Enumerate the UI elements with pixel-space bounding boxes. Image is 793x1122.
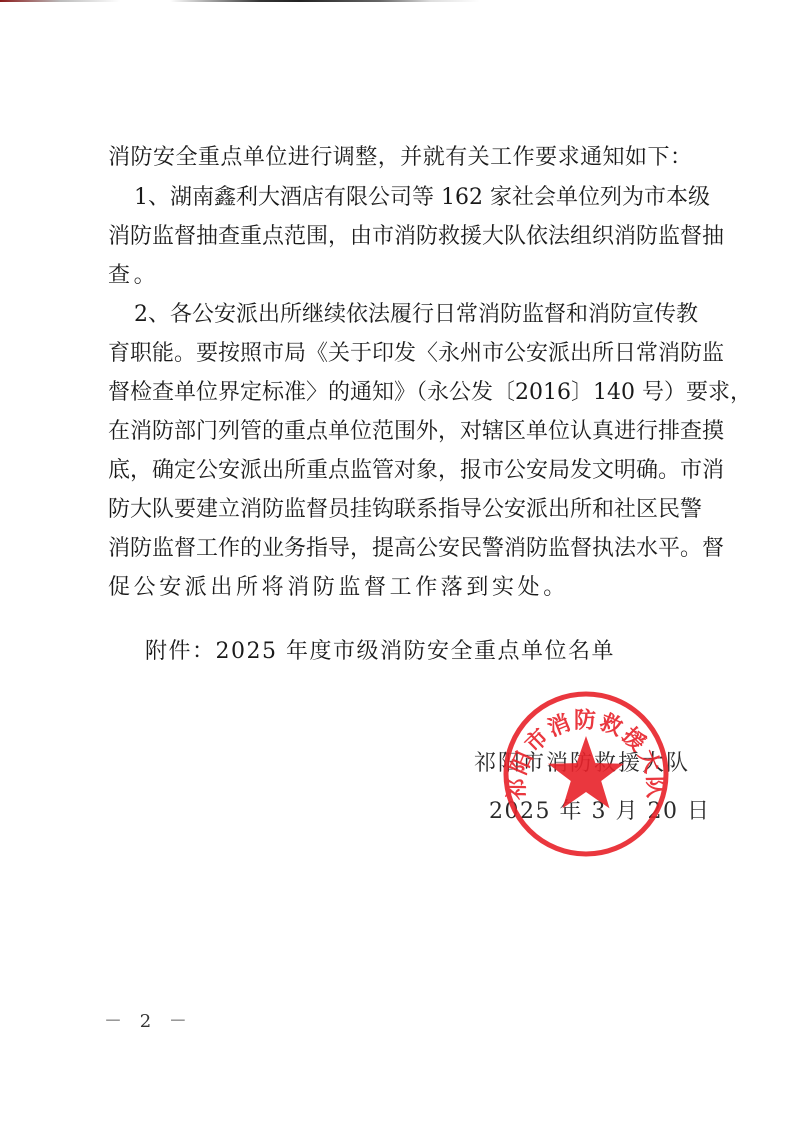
body-line: 督检查单位界定标准〉的通知》（永公发〔2016〕140 号）要求， [108, 377, 692, 409]
attachment-note: 附件：2025 年度市级消防安全重点单位名单 [145, 636, 615, 668]
body-line: 2、各公安派出所继续依法履行日常消防监督和消防宣传教 [134, 299, 692, 331]
document-page: 消防安全重点单位进行调整，并就有关工作要求通知如下： 1、湖南鑫利大酒店有限公司… [0, 0, 793, 1122]
page-number: － 2 － [104, 1010, 193, 1034]
body-line: 查。 [108, 260, 692, 292]
body-line: 促公安派出所将消防监督工作落到实处。 [108, 572, 692, 604]
body-line: 消防安全重点单位进行调整，并就有关工作要求通知如下： [108, 142, 692, 174]
body-line: 防大队要建立消防监督员挂钩联系指导公安派出所和社区民警 [108, 494, 692, 526]
body-line: 底，确定公安派出所重点监管对象，报市公安局发文明确。市消 [108, 455, 692, 487]
body-line: 在消防部门列管的重点单位范围外，对辖区单位认真进行排查摸 [108, 416, 692, 448]
body-line: 消防监督抽查重点范围，由市消防救援大队依法组织消防监督抽 [108, 221, 692, 253]
body-line: 育职能。要按照市局《关于印发〈永州市公安派出所日常消防监 [108, 338, 692, 370]
body-line: 1、湖南鑫利大酒店有限公司等 162 家社会单位列为市本级 [134, 182, 692, 214]
body-line: 消防监督工作的业务指导，提高公安民警消防监督执法水平。督 [108, 533, 692, 565]
official-seal-icon: 祁阳市消防救援大队 [500, 688, 672, 860]
